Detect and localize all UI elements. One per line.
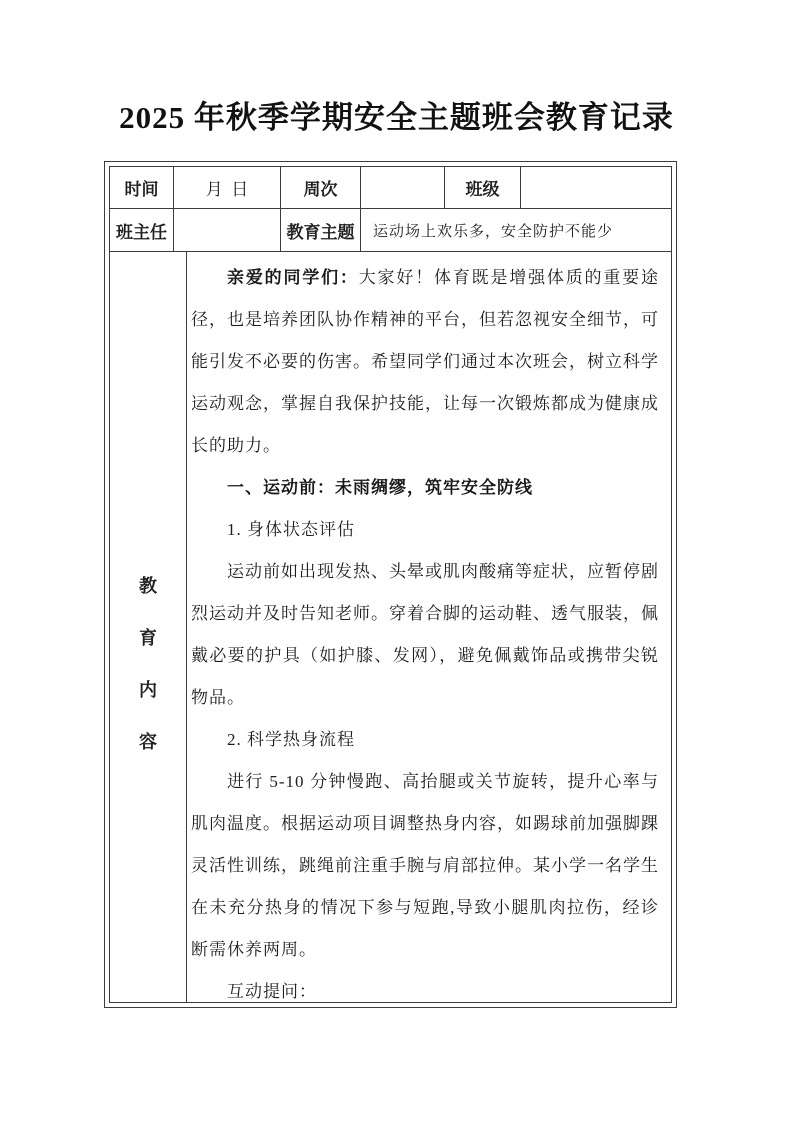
document-page: 2025 年秋季学期安全主题班会教育记录 时间 月 日 周次 班级 班主任 教育…: [0, 0, 793, 1122]
record-table-grid: 时间 月 日 周次 班级 班主任 教育主题 运动场上欢乐多，安全防护不能少 教育…: [109, 166, 672, 1003]
content-label-char: 内: [139, 664, 157, 716]
table-row-header-2: 班主任 教育主题 运动场上欢乐多，安全防护不能少: [110, 209, 671, 252]
content-label-char: 育: [139, 612, 157, 664]
content-body: 亲爱的同学们：大家好！体育既是增强体质的重要途径，也是培养团队协作精神的平台，但…: [187, 252, 671, 1002]
time-label: 时间: [110, 167, 174, 208]
table-row-content: 教育内容 亲爱的同学们：大家好！体育既是增强体质的重要途径，也是培养团队协作精神…: [110, 252, 671, 1002]
content-paragraph: 运动前如出现发热、头晕或肌肉酸痛等症状，应暂停剧烈运动并及时告知老师。穿着合脚的…: [191, 551, 659, 719]
class-value-cell: [521, 167, 671, 208]
content-paragraph: 1. 身体状态评估: [191, 509, 659, 551]
theme-value-cell: 运动场上欢乐多，安全防护不能少: [361, 209, 671, 251]
content-paragraph: 进行 5-10 分钟慢跑、高抬腿或关节旋转，提升心率与肌肉温度。根据运动项目调整…: [191, 761, 659, 971]
content-heading: 一、运动前：未雨绸缪，筑牢安全防线: [191, 467, 659, 509]
content-paragraph: 2. 科学热身流程: [191, 719, 659, 761]
teacher-value-cell: [174, 209, 281, 251]
class-label: 班级: [445, 167, 521, 208]
content-paragraph: 亲爱的同学们：大家好！体育既是增强体质的重要途径，也是培养团队协作精神的平台，但…: [191, 257, 659, 467]
table-row-header-1: 时间 月 日 周次 班级: [110, 167, 671, 209]
content-label-char: 教: [139, 560, 157, 612]
week-value-cell: [361, 167, 445, 208]
week-label: 周次: [281, 167, 361, 208]
time-value-cell: 月 日: [174, 167, 281, 208]
content-label-cell: 教育内容: [110, 252, 187, 1002]
content-paragraph: 互动提问：: [191, 971, 659, 1002]
content-label-char: 容: [139, 716, 157, 768]
page-title: 2025 年秋季学期安全主题班会教育记录: [0, 92, 793, 137]
theme-label: 教育主题: [281, 209, 361, 251]
teacher-label: 班主任: [110, 209, 174, 251]
content-vertical-label: 教育内容: [139, 560, 157, 768]
record-table: 时间 月 日 周次 班级 班主任 教育主题 运动场上欢乐多，安全防护不能少 教育…: [104, 161, 677, 1008]
